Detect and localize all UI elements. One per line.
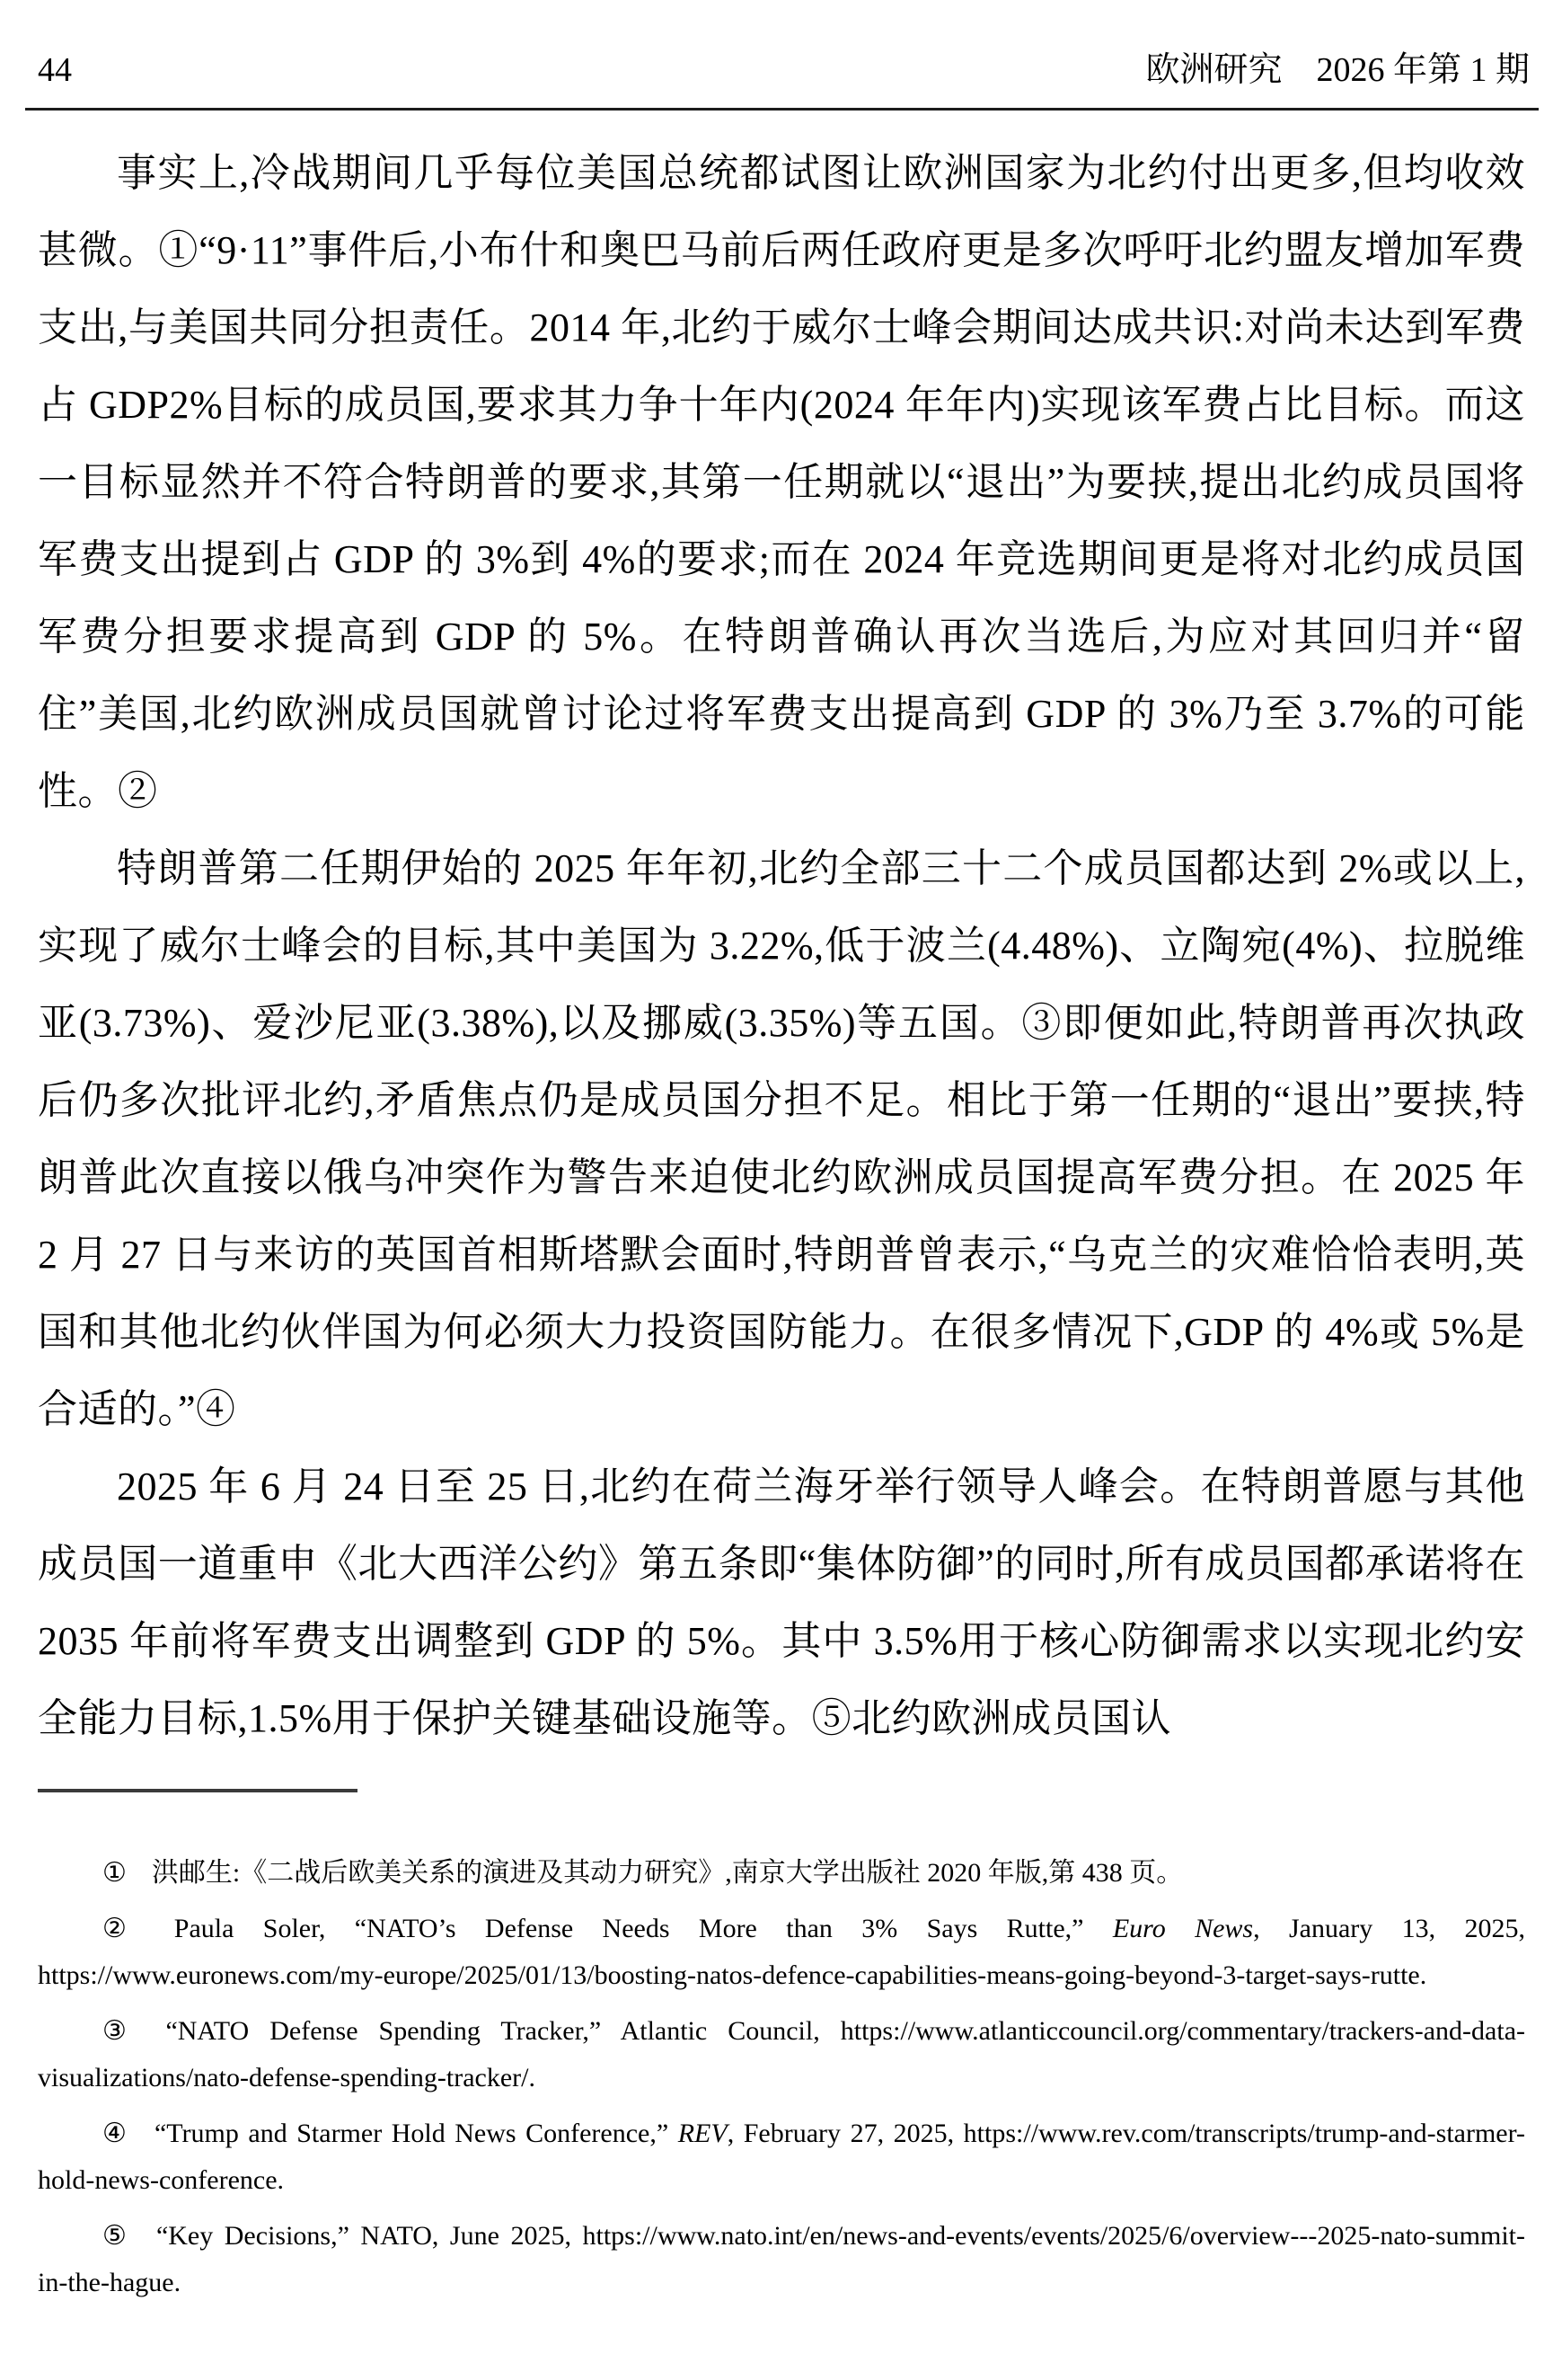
- footnote-text: 洪邮生:《二战后欧美关系的演进及其动力研究》,南京大学出版社 2020 年版,第…: [152, 1858, 1183, 1888]
- footnote: ①洪邮生:《二战后欧美关系的演进及其动力研究》,南京大学出版社 2020 年版,…: [38, 1850, 1525, 1897]
- footnote-marker: ②: [102, 1914, 149, 1943]
- body-paragraph: 事实上,冷战期间几乎每位美国总统都试图让欧洲国家为北约付出更多,但均收效甚微。①…: [38, 135, 1525, 830]
- body-paragraph: 特朗普第二任期伊始的 2025 年年初,北约全部三十二个成员国都达到 2%或以上…: [38, 830, 1525, 1448]
- footnote-marker: ③: [102, 2016, 140, 2046]
- footnote-text-italic: Euro News: [1113, 1914, 1253, 1943]
- footnote-text: “Key Decisions,” NATO, June 2025, https:…: [38, 2221, 1525, 2297]
- footnote-text: Paula Soler, “NATO’s Defense Needs More …: [174, 1914, 1113, 1943]
- footnote-text: “Trump and Starmer Hold News Conference,…: [154, 2119, 678, 2148]
- footnote-separator: [38, 1789, 357, 1792]
- footnote: ②Paula Soler, “NATO’s Defense Needs More…: [38, 1906, 1525, 1999]
- page-header: 44 欧洲研究 2026 年第 1 期: [38, 50, 1530, 90]
- footnote: ④“Trump and Starmer Hold News Conference…: [38, 2110, 1525, 2204]
- footnote-text: “NATO Defense Spending Tracker,” Atlanti…: [38, 2016, 1525, 2092]
- header-rule: [25, 108, 1539, 111]
- journal-issue-header: 欧洲研究 2026 年第 1 期: [1145, 50, 1530, 90]
- footnote-text-italic: REV: [678, 2119, 728, 2148]
- page-number: 44: [38, 50, 72, 90]
- footnote: ③“NATO Defense Spending Tracker,” Atlant…: [38, 2008, 1525, 2101]
- footnote-marker: ⑤: [102, 2221, 131, 2251]
- footnote-marker: ④: [102, 2119, 129, 2148]
- footnotes: ①洪邮生:《二战后欧美关系的演进及其动力研究》,南京大学出版社 2020 年版,…: [38, 1789, 1525, 2315]
- body-paragraph: 2025 年 6 月 24 日至 25 日,北约在荷兰海牙举行领导人峰会。在特朗…: [38, 1448, 1525, 1757]
- article-body: 事实上,冷战期间几乎每位美国总统都试图让欧洲国家为北约付出更多,但均收效甚微。①…: [38, 135, 1525, 1757]
- journal-page: 44 欧洲研究 2026 年第 1 期 事实上,冷战期间几乎每位美国总统都试图让…: [0, 0, 1562, 2380]
- footnote-marker: ①: [102, 1858, 127, 1888]
- footnote: ⑤“Key Decisions,” NATO, June 2025, https…: [38, 2213, 1525, 2306]
